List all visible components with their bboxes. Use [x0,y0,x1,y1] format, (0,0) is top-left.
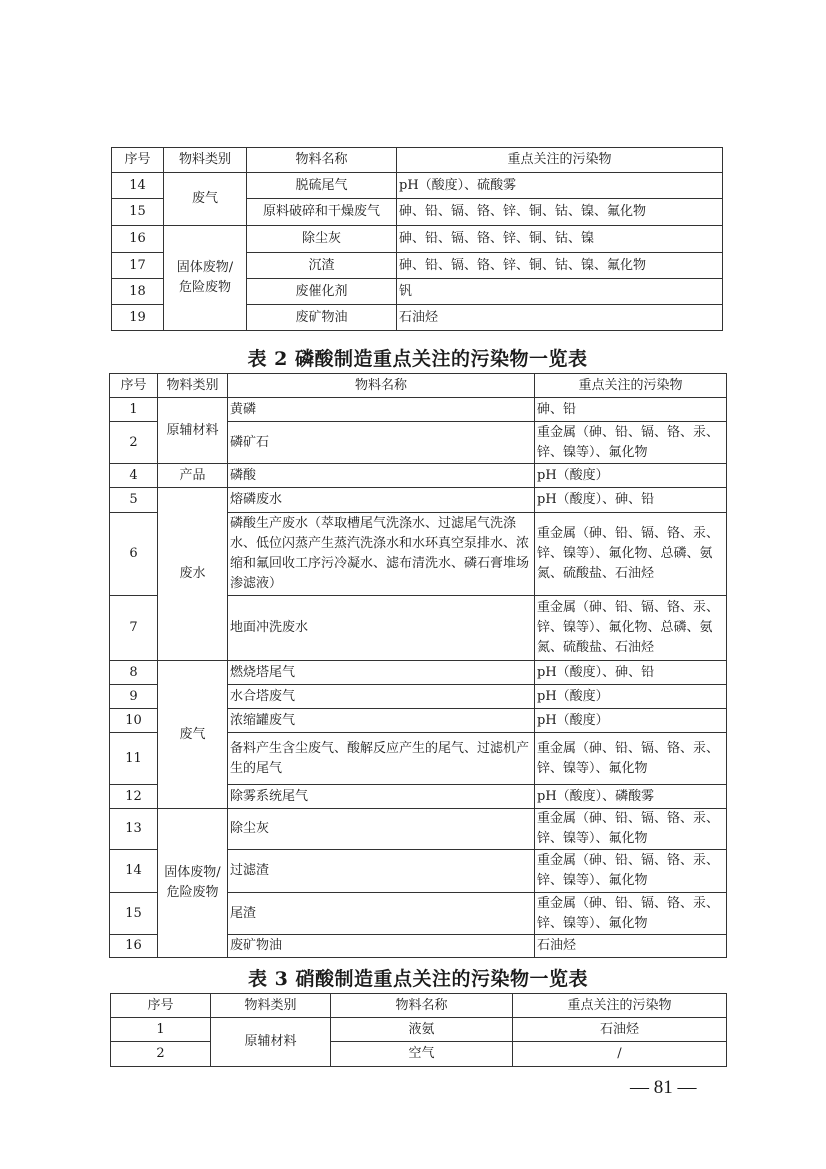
pollutants: 重金属（砷、铅、镉、铬、汞、锌、镍等）、氟化物、总磷、氨氮、硫酸盐、石油烃 [535,513,727,596]
table-row: 16 固体废物/ 危险废物 除尘灰 砷、铅、镉、铬、锌、铜、钴、镍 [112,226,723,253]
table-row: 1 原辅材料 黄磷 砷、铅 [110,398,727,422]
header-name: 物料名称 [247,148,397,173]
category-cell: 废水 [158,488,228,661]
row-no: 16 [112,226,164,253]
header-pollutants: 重点关注的污染物 [397,148,723,173]
row-no: 5 [110,488,158,513]
row-no: 13 [110,809,158,850]
material-name: 黄磷 [228,398,535,422]
category-cell: 原辅材料 [211,1018,331,1067]
material-name: 备料产生含尘废气、酸解反应产生的尾气、过滤机产生的尾气 [228,733,535,785]
row-no: 16 [110,935,158,958]
table-2: 序号 物料类别 物料名称 重点关注的污染物 1 原辅材料 黄磷 砷、铅 2 磷矿… [109,373,727,958]
table-header-row: 序号 物料类别 物料名称 重点关注的污染物 [112,148,723,173]
pollutants: pH（酸度）、砷、铅 [535,661,727,685]
row-no: 12 [110,785,158,809]
pollutants: pH（酸度） [535,685,727,709]
material-name: 浓缩罐废气 [228,709,535,733]
material-name: 磷酸生产废水（萃取槽尾气洗涤水、过滤尾气洗涤水、低位闪蒸产生蒸汽洗涤水和水环真空… [228,513,535,596]
header-no: 序号 [111,994,211,1018]
header-no: 序号 [110,374,158,398]
row-no: 7 [110,596,158,661]
table-2-caption: 表 2 磷酸制造重点关注的污染物一览表 [109,344,726,371]
pollutants: 石油烃 [535,935,727,958]
category-cell: 废气 [158,661,228,809]
header-name: 物料名称 [228,374,535,398]
pollutants: pH（酸度）、砷、铅 [535,488,727,513]
material-name: 空气 [331,1042,513,1067]
table-header-row: 序号 物料类别 物料名称 重点关注的污染物 [110,374,727,398]
category-cell: 产品 [158,464,228,488]
row-no: 15 [110,893,158,935]
row-no: 2 [110,422,158,464]
material-name: 磷矿石 [228,422,535,464]
material-name: 废催化剂 [247,279,397,305]
material-name: 废矿物油 [247,305,397,331]
material-name: 除尘灰 [228,809,535,850]
material-name: 燃烧塔尾气 [228,661,535,685]
header-category: 物料类别 [211,994,331,1018]
material-name: 脱硫尾气 [247,173,397,199]
material-name: 水合塔废气 [228,685,535,709]
category-line-1: 固体废物/ [166,258,244,278]
pollutants: 砷、铅 [535,398,727,422]
header-no: 序号 [112,148,164,173]
pollutants: 重金属（砷、铅、镉、铬、汞、锌、镍等）、氟化物 [535,422,727,464]
table-row: 14 废气 脱硫尾气 pH（酸度）、硫酸雾 [112,173,723,199]
table-3-caption: 表 3 硝酸制造重点关注的污染物一览表 [110,964,726,991]
pollutants: pH（酸度） [535,464,727,488]
material-name: 尾渣 [228,893,535,935]
row-no: 4 [110,464,158,488]
category-cell: 固体废物/ 危险废物 [158,809,228,958]
table-header-row: 序号 物料类别 物料名称 重点关注的污染物 [111,994,727,1018]
material-name: 除尘灰 [247,226,397,253]
pollutants: 砷、铅、镉、铬、锌、铜、钴、镍、氟化物 [397,253,723,279]
row-no: 14 [112,173,164,199]
category-line-2: 危险废物 [160,883,225,903]
pollutants: pH（酸度）、磷酸雾 [535,785,727,809]
row-no: 9 [110,685,158,709]
header-category: 物料类别 [164,148,247,173]
material-name: 磷酸 [228,464,535,488]
category-cell: 废气 [164,173,247,226]
page-number: — 81 — [630,1077,697,1099]
header-category: 物料类别 [158,374,228,398]
header-pollutants: 重点关注的污染物 [513,994,727,1018]
category-line-1: 固体废物/ [160,863,225,883]
table-row: 2 空气 / [111,1042,727,1067]
row-no: 19 [112,305,164,331]
table-row: 1 原辅材料 液氨 石油烃 [111,1018,727,1042]
pollutants: pH（酸度） [535,709,727,733]
row-no: 2 [111,1042,211,1067]
pollutants: 砷、铅、镉、铬、锌、铜、钴、镍、氟化物 [397,199,723,226]
table-row: 13 固体废物/ 危险废物 除尘灰 重金属（砷、铅、镉、铬、汞、锌、镍等）、氟化… [110,809,727,850]
row-no: 14 [110,850,158,893]
row-no: 1 [111,1018,211,1042]
material-name: 熔磷废水 [228,488,535,513]
row-no: 8 [110,661,158,685]
table-1-continued: 序号 物料类别 物料名称 重点关注的污染物 14 废气 脱硫尾气 pH（酸度）、… [111,147,723,331]
row-no: 1 [110,398,158,422]
pollutants: / [513,1042,727,1067]
pollutants: pH（酸度）、硫酸雾 [397,173,723,199]
pollutants: 重金属（砷、铅、镉、铬、汞、锌、镍等）、氟化物 [535,893,727,935]
row-no: 15 [112,199,164,226]
material-name: 废矿物油 [228,935,535,958]
table-row: 4 产品 磷酸 pH（酸度） [110,464,727,488]
pollutants: 重金属（砷、铅、镉、铬、汞、锌、镍等）、氟化物 [535,809,727,850]
material-name: 过滤渣 [228,850,535,893]
header-pollutants: 重点关注的污染物 [535,374,727,398]
pollutants: 重金属（砷、铅、镉、铬、汞、锌、镍等）、氟化物 [535,850,727,893]
material-name: 液氨 [331,1018,513,1042]
pollutants: 石油烃 [513,1018,727,1042]
header-name: 物料名称 [331,994,513,1018]
material-name: 地面冲洗废水 [228,596,535,661]
pollutants: 钒 [397,279,723,305]
material-name: 除雾系统尾气 [228,785,535,809]
row-no: 11 [110,733,158,785]
row-no: 17 [112,253,164,279]
row-no: 18 [112,279,164,305]
pollutants: 石油烃 [397,305,723,331]
pollutants: 重金属（砷、铅、镉、铬、汞、锌、镍等）、氟化物 [535,733,727,785]
category-cell: 原辅材料 [158,398,228,464]
category-line-2: 危险废物 [166,278,244,298]
table-row: 8 废气 燃烧塔尾气 pH（酸度）、砷、铅 [110,661,727,685]
pollutants: 重金属（砷、铅、镉、铬、汞、锌、镍等）、氟化物、总磷、氨氮、硫酸盐、石油烃 [535,596,727,661]
pollutants: 砷、铅、镉、铬、锌、铜、钴、镍 [397,226,723,253]
table-3: 序号 物料类别 物料名称 重点关注的污染物 1 原辅材料 液氨 石油烃 2 空气… [110,993,727,1067]
row-no: 10 [110,709,158,733]
row-no: 6 [110,513,158,596]
material-name: 沉渣 [247,253,397,279]
material-name: 原料破碎和干燥废气 [247,199,397,226]
table-row: 5 废水 熔磷废水 pH（酸度）、砷、铅 [110,488,727,513]
category-cell: 固体废物/ 危险废物 [164,226,247,331]
